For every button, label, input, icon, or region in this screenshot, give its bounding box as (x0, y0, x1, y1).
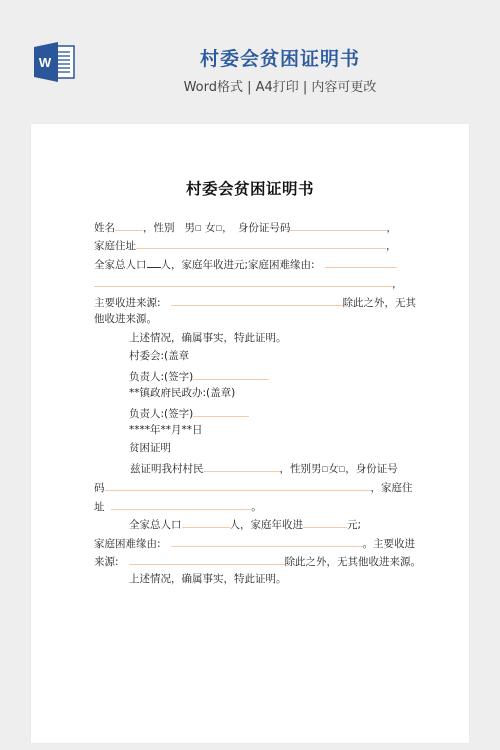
male-label: 男 (185, 222, 196, 234)
source-tail: 除此之外，无其他收进来源。 (285, 556, 422, 568)
date: ****年**月**日 (129, 423, 449, 437)
document-title: 村委会贫困证明书 (31, 177, 469, 199)
household-line: 全家总人口人，家庭年收进元;家庭困难缘由: (94, 256, 414, 272)
id-line: 码，家庭住 (94, 479, 414, 495)
income-source-tail: 除此之外，无其 (343, 297, 417, 309)
income-hardship-label: 人，家庭年收进元;家庭困难缘由: (161, 259, 315, 271)
source-field[interactable] (129, 553, 285, 565)
statement-2: 上述情况，确属事实，特此证明。 (129, 572, 449, 586)
name-field[interactable] (115, 219, 143, 231)
household-label: 全家总人口 (94, 259, 147, 271)
male-checkbox[interactable]: □ (195, 224, 202, 232)
income-source-label: 。主要收进 (363, 538, 416, 550)
signature-field-2[interactable] (193, 405, 249, 417)
income-source-label: 主要收进来源: (94, 297, 161, 309)
income-field[interactable] (303, 516, 347, 528)
yuan-label: 元; (347, 519, 361, 531)
id-field[interactable] (290, 219, 386, 231)
name-gender-id-line: 姓名，性别 男□ 女□， 身份证号码， (94, 219, 414, 235)
responsible-label: 负责人:(签字) (129, 371, 193, 383)
document-page: 村委会贫困证明书 姓名，性别 男□ 女□， 身份证号码， 家庭住址， 全家总人口… (31, 124, 469, 743)
household-field[interactable] (182, 516, 230, 528)
id-label-wrap: 码 (94, 482, 105, 494)
address-line: 家庭住址， (94, 237, 414, 253)
income-source-line: 主要收进来源: 除此之外，无其 (94, 294, 414, 310)
signature-field-1[interactable] (193, 368, 269, 380)
period: 。 (251, 501, 262, 513)
header-subtitle: Word格式 | A4打印 | 内容可更改 (150, 76, 410, 95)
comma: ， (386, 222, 397, 234)
header-title: 村委会贫困证明书 (150, 44, 410, 71)
address-label-wrap: 址 (94, 501, 105, 513)
income-source-field[interactable] (171, 294, 343, 306)
village-committee-seal: 村委会:(盖章 (129, 349, 449, 363)
hardship-field[interactable] (171, 535, 363, 547)
address-label: 家庭住址 (94, 240, 136, 252)
responsible-label: 负责人:(签字) (129, 408, 193, 420)
female-label: 女 (328, 463, 339, 475)
header: W 村委会贫困证明书 Word格式 | A4打印 | 内容可更改 (0, 0, 500, 124)
hardship-label: 家庭困难缘由: (94, 538, 161, 550)
responsible-sign-1: 负责人:(签字) (129, 368, 449, 384)
id-label: ， 身份证号码 (222, 222, 290, 234)
household-line-2: 全家总人口人，家庭年收进元; (129, 516, 449, 532)
id-label: ，身份证号 (345, 463, 398, 475)
villager-name-field[interactable] (204, 460, 280, 472)
name-label: 姓名 (94, 222, 115, 234)
id-field[interactable] (105, 479, 371, 491)
address-field[interactable] (111, 498, 251, 510)
income-source-wrap: 他收进来源。 (94, 312, 414, 326)
source-label: 来源: (94, 556, 119, 568)
income-label: 人，家庭年收进 (230, 519, 304, 531)
address-line-2: 址 。 (94, 498, 414, 514)
household-label: 全家总人口 (129, 519, 182, 531)
source-line-2: 来源: 除此之外，无其他收进来源。 (94, 553, 414, 569)
household-field[interactable] (147, 256, 161, 268)
poverty-cert-heading: 贫困证明 (129, 441, 449, 455)
address-field[interactable] (136, 237, 386, 249)
svg-text:W: W (39, 55, 52, 70)
hardship-continued-line: ， (94, 275, 414, 291)
hardship-field[interactable] (325, 256, 397, 268)
cert-label: 兹证明我村村民 (130, 463, 204, 475)
hardship-line-2: 家庭困难缘由: 。主要收进 (94, 535, 414, 551)
comma: ， (386, 240, 397, 252)
responsible-sign-2: 负责人:(签字) (129, 405, 449, 421)
comma: ， (392, 278, 403, 290)
word-document-icon: W (32, 40, 76, 84)
hardship-field-2[interactable] (94, 275, 392, 287)
female-label: 女 (205, 222, 216, 234)
town-office-seal: **镇政府民政办:(盖章) (129, 386, 449, 400)
cert-villager-line: 兹证明我村村民，性别男□女□，身份证号 (130, 460, 450, 476)
address-label: ，家庭住 (371, 482, 413, 494)
gender-label: ，性别男 (280, 463, 322, 475)
gender-label: ，性别 (143, 222, 175, 234)
statement-1: 上述情况，确属事实，特此证明。 (129, 331, 449, 345)
